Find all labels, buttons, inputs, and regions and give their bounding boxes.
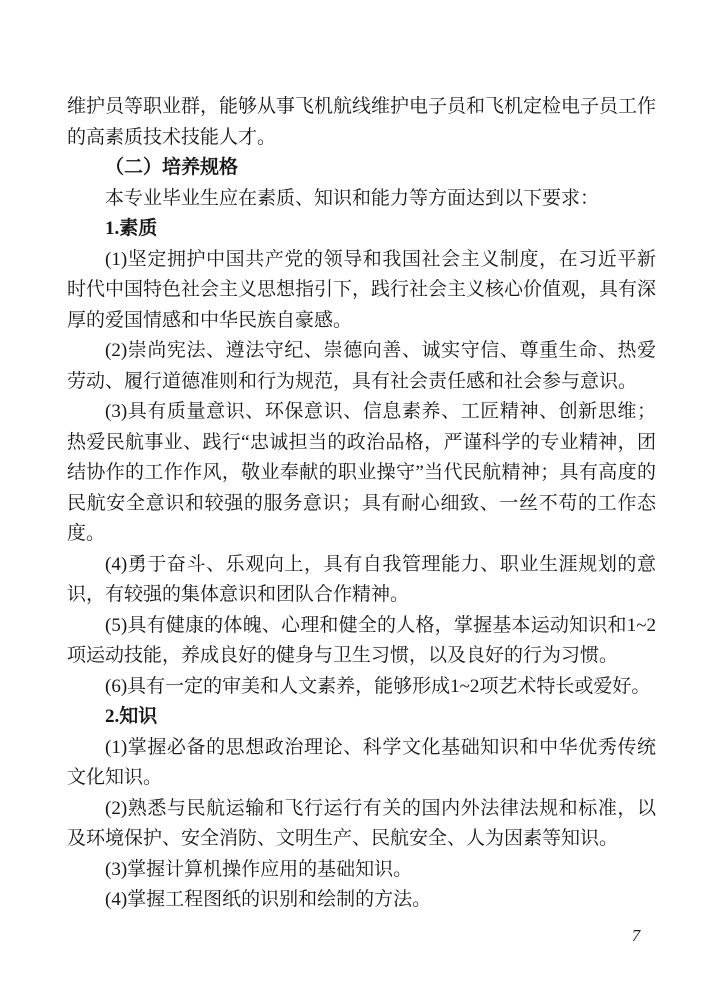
paragraph: (3)掌握计算机操作应用的基础知识。	[67, 855, 656, 886]
paragraph: (4)掌握工程图纸的识别和绘制的方法。	[67, 885, 656, 916]
document-text-block: 维护员等职业群，能够从事飞机航线维护电子员和飞机定检电子员工作的高素质技术技能人…	[67, 92, 656, 916]
paragraph: (1)坚定拥护中国共产党的领导和我国社会主义制度，在习近平新时代中国特色社会主义…	[67, 245, 656, 337]
paragraph: (1)掌握必备的思想政治理论、科学文化基础知识和中华优秀传统文化知识。	[67, 733, 656, 794]
document-page: 维护员等职业群，能够从事飞机航线维护电子员和飞机定检电子员工作的高素质技术技能人…	[0, 0, 722, 1005]
paragraph: (5)具有健康的体魄、心理和健全的人格，掌握基本运动知识和1~2项运动技能，养成…	[67, 611, 656, 672]
paragraph: (3)具有质量意识、环保意识、信息素养、工匠精神、创新思维；热爱民航事业、践行“…	[67, 397, 656, 550]
sub-heading: 2.知识	[67, 702, 656, 733]
paragraph: 本专业毕业生应在素质、知识和能力等方面达到以下要求：	[67, 184, 656, 215]
paragraph: (2)熟悉与民航运输和飞行运行有关的国内外法律法规和标准，以及环境保护、安全消防…	[67, 794, 656, 855]
paragraph: 维护员等职业群，能够从事飞机航线维护电子员和飞机定检电子员工作的高素质技术技能人…	[67, 92, 656, 153]
sub-heading: 1.素质	[67, 214, 656, 245]
paragraph: (6)具有一定的审美和人文素养，能够形成1~2项艺术特长或爱好。	[67, 672, 656, 703]
paragraph: (2)崇尚宪法、遵法守纪、崇德向善、诚实守信、尊重生命、热爱劳动、履行道德准则和…	[67, 336, 656, 397]
page-number: 7	[626, 926, 646, 946]
paragraph: (4)勇于奋斗、乐观向上，具有自我管理能力、职业生涯规划的意识，有较强的集体意识…	[67, 550, 656, 611]
section-heading: （二）培养规格	[67, 153, 656, 184]
